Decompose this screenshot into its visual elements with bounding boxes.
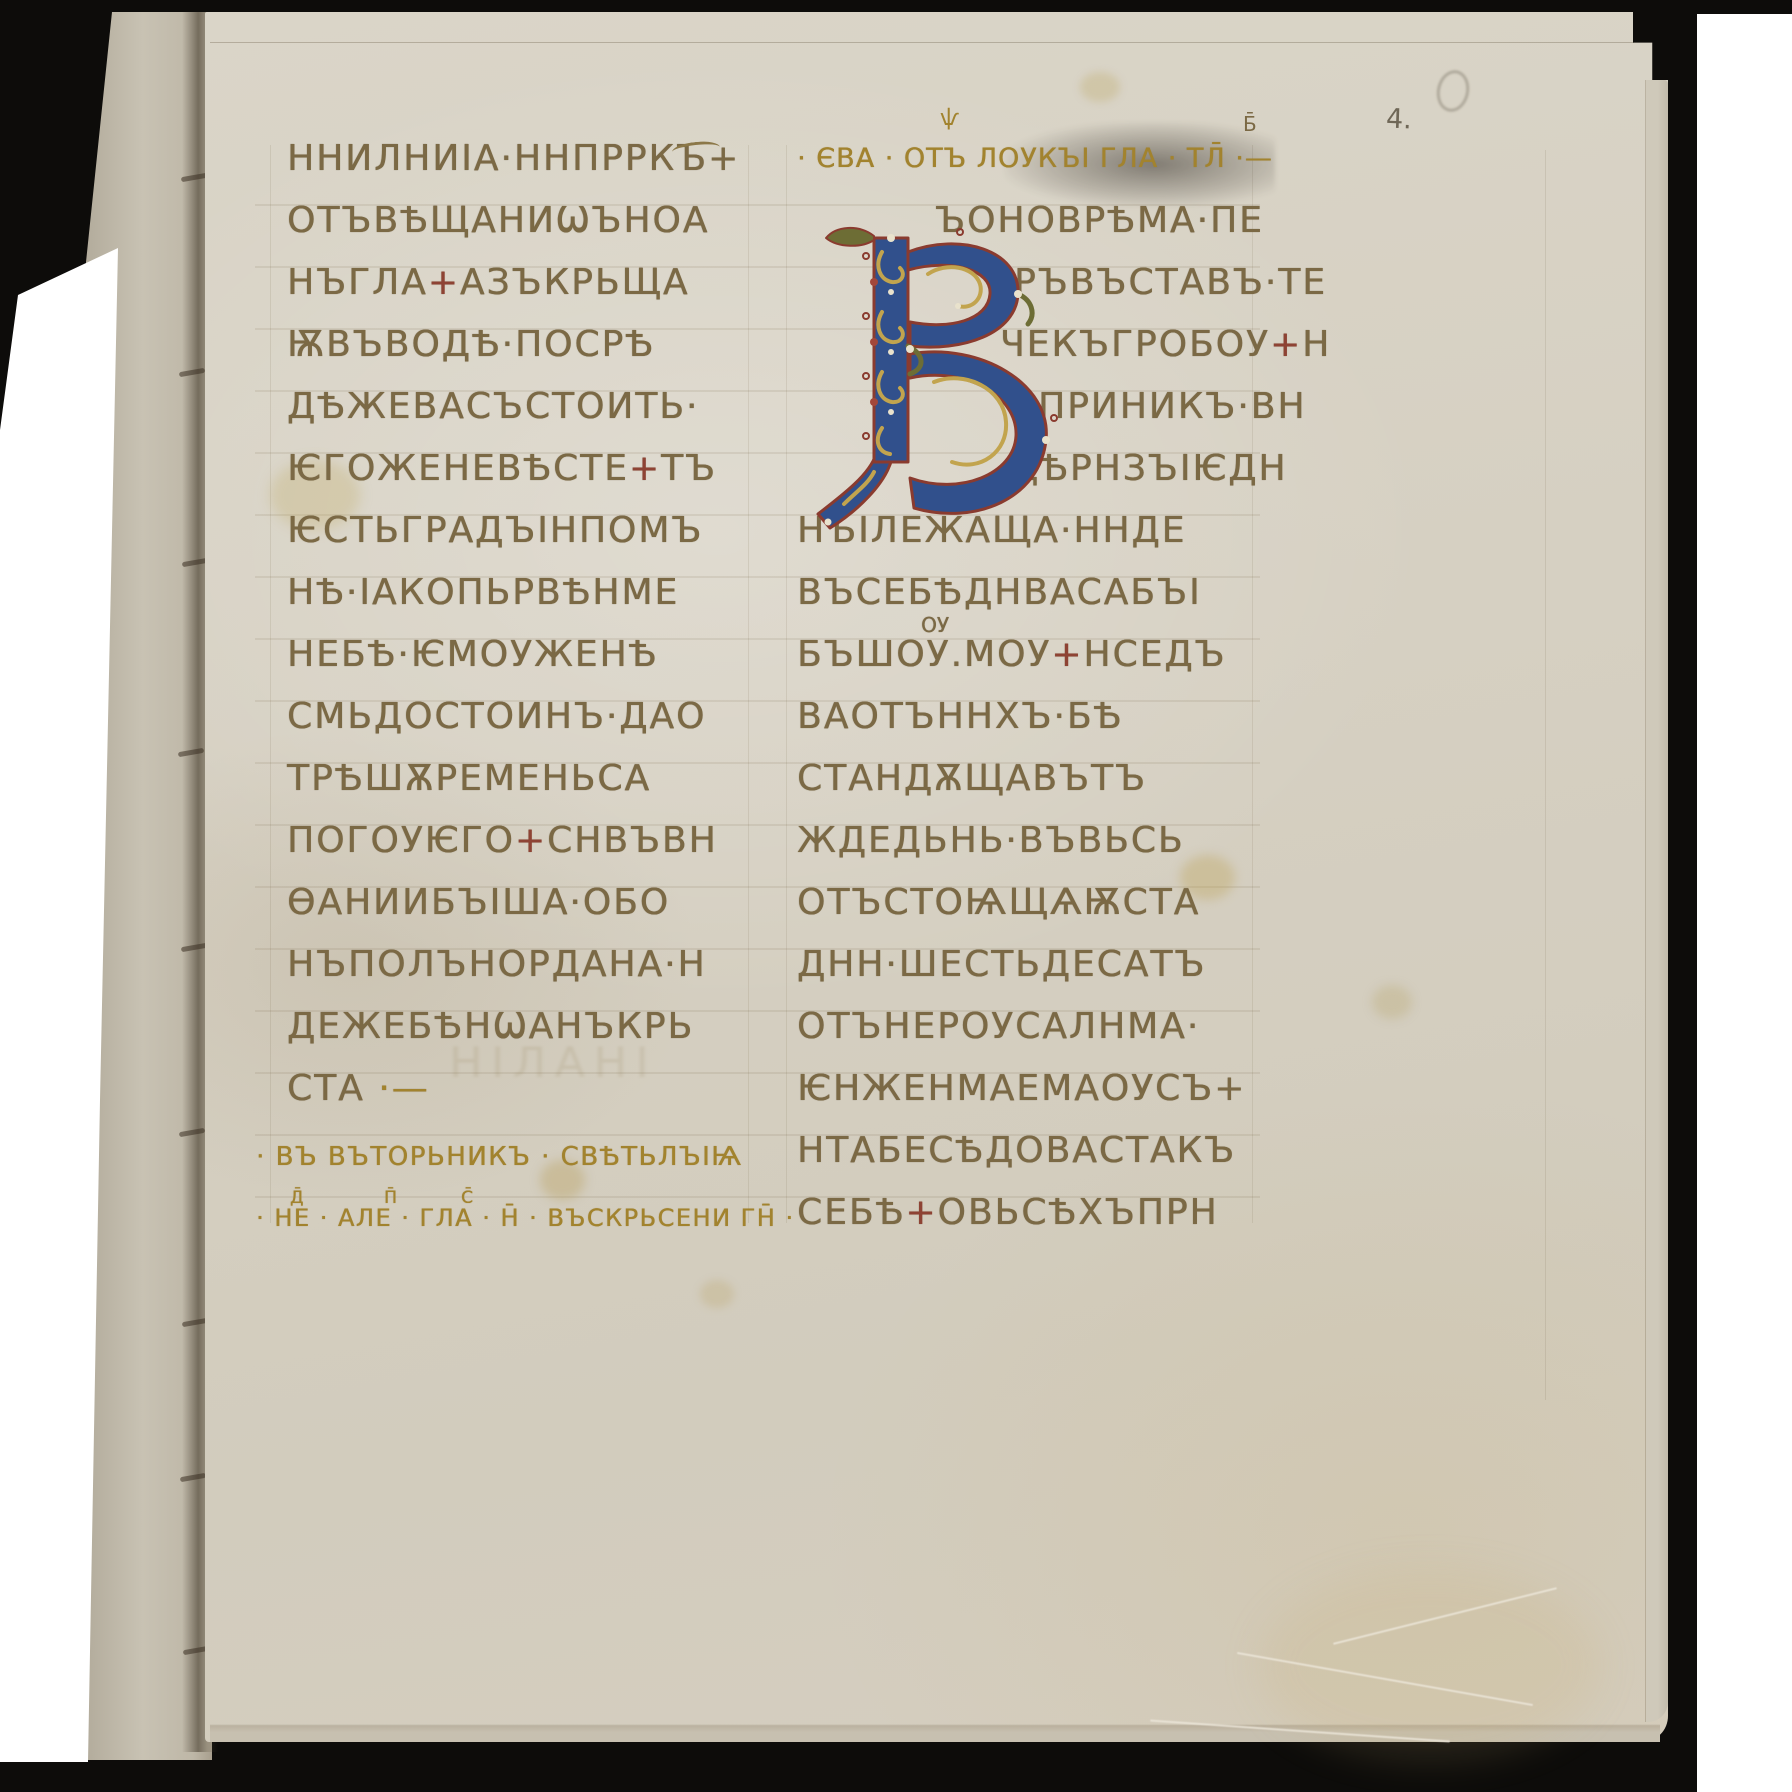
manuscript-line: СЕБѢ+ОВЬСѢХЪПРН bbox=[793, 1182, 1273, 1244]
illuminated-initial-artwork bbox=[808, 222, 1074, 556]
manuscript-line: БЪШОУ.МОУ+НСЕДЪОУ bbox=[793, 624, 1273, 686]
manuscript-line: НЪГЛА+АЗЪКРЬЩА bbox=[283, 252, 763, 314]
manuscript-line: ѬВЪВОДѢ·ПОСРѢ bbox=[283, 314, 763, 376]
manuscript-line: ОТЪНЕРОУСАЛНМА· bbox=[793, 996, 1273, 1058]
manuscript-photo: 4. НІЛАНІ ННИЛНИІА·ННПРРКЪ+ ОТЪВѢЩАНИѠЪН… bbox=[0, 0, 1792, 1792]
manuscript-line: ѲАНИИБЪІША·ОБО bbox=[283, 872, 763, 934]
parchment-stain bbox=[1372, 985, 1412, 1019]
manuscript-line: СТАНДѪЩАВЪТЪ bbox=[793, 748, 1273, 810]
manuscript-line: ВЪСЕБѢДНВАСАБЪІ bbox=[793, 562, 1273, 624]
header-flourish-mark: ѱ bbox=[940, 106, 959, 131]
rubric-line: · ВЪ ВЪТОРЬНИКЪ · СВѢТЬЛЪІѨ bbox=[256, 1142, 743, 1172]
parchment-stain bbox=[1080, 72, 1120, 102]
manuscript-line: ННИЛНИІА·ННПРРКЪ+ bbox=[283, 128, 763, 190]
gold-flourish: ·— bbox=[365, 1068, 430, 1109]
superscript-letter: П̄ bbox=[384, 1188, 397, 1208]
manuscript-line: ОТЪВѢЩАНИѠЪНОА bbox=[283, 190, 763, 252]
line-part: НЪГЛА bbox=[287, 262, 428, 303]
manuscript-line: ДЕЖЕБѢНѠАНЪКРЬ bbox=[283, 996, 763, 1058]
manuscript-line: ВАОТЪННХЪ·БѢ bbox=[793, 686, 1273, 748]
line-part: СТА bbox=[287, 1068, 365, 1109]
manuscript-line: НТАБЕСѢДОВАСТАКЪ bbox=[793, 1120, 1273, 1182]
manuscript-line: ТРѢШѪРЕМЕНЬСА bbox=[283, 748, 763, 810]
manuscript-line: ДНН·ШЕСТЬДЕСАТЪ bbox=[793, 934, 1273, 996]
red-cross: + bbox=[1270, 324, 1302, 365]
page-number: 4. bbox=[1385, 104, 1412, 136]
illuminated-initial bbox=[808, 222, 1074, 556]
scan-white-margin-right bbox=[1697, 14, 1792, 1792]
red-cross: + bbox=[905, 1192, 937, 1233]
line-part: СНВЪВН bbox=[547, 820, 718, 861]
manuscript-line: НЕБѢ·ѤМОУЖЕНѢ bbox=[283, 624, 763, 686]
line-part: НСЕДЪ bbox=[1083, 634, 1226, 675]
manuscript-line: ПОГОУѤГО+СНВЪВН bbox=[283, 810, 763, 872]
manuscript-line: ОТЪСТОѨЩѦѬСТА bbox=[793, 872, 1273, 934]
line-part: Н bbox=[1302, 324, 1331, 365]
line-part: ТЪ bbox=[661, 448, 717, 489]
manuscript-line: НЪПОЛЪНОРДАНА·Н bbox=[283, 934, 763, 996]
manuscript-line: ДѢЖЕВАСЪСТОИТЬ· bbox=[283, 376, 763, 438]
red-cross: + bbox=[428, 262, 460, 303]
gospel-header-rubric: · ЄВА · ОТЪ ЛОУКЪІ ГЛА · ТЛ̄ ·— bbox=[793, 128, 1273, 190]
line-part: АЗЪКРЬЩА bbox=[460, 262, 690, 303]
red-cross: + bbox=[1051, 634, 1083, 675]
line-part: ПОГОУѤГО bbox=[287, 820, 515, 861]
parchment-stain bbox=[700, 1280, 734, 1308]
line-part: ОВЬСѢХЪПРН bbox=[938, 1192, 1219, 1233]
ruling-vertical bbox=[270, 145, 271, 1223]
manuscript-line: НѢ·ІАКОПЬРВѢНМЕ bbox=[283, 562, 763, 624]
rubric-text: · НЕ · АЛЕ · ГЛА · Н̄ · ВЪСКРЬСЕНИ ГН̄ · bbox=[256, 1204, 794, 1232]
superscript-ou: ОУ bbox=[921, 594, 949, 656]
header-titlo-letter: Б̄ bbox=[1243, 112, 1257, 136]
manuscript-line: ѤСТЬГРАДЪІНПОМЪ bbox=[283, 500, 763, 562]
manuscript-line: ѤНЖЕНМАЕМАОУСЪ+ bbox=[793, 1058, 1273, 1120]
superscript-letter: С̄ bbox=[461, 1188, 473, 1208]
red-cross: + bbox=[629, 448, 661, 489]
page-fore-edge bbox=[1645, 80, 1668, 1722]
rubric-line: · НЕ · АЛЕ · ГЛА · Н̄ · ВЪСКРЬСЕНИ ГН̄ ·… bbox=[256, 1204, 794, 1232]
manuscript-line: ѤГОЖЕНЕВѢСТЕ+ТЪ bbox=[283, 438, 763, 500]
manuscript-line: ЖДЕДЬНЬ·ВЪВЬСЬ bbox=[793, 810, 1273, 872]
under-page-edge-line bbox=[210, 42, 1634, 43]
ruling-vertical bbox=[786, 145, 787, 1223]
manuscript-line: СТА ·— bbox=[283, 1058, 763, 1120]
superscript-letter: Д̄ bbox=[290, 1188, 303, 1208]
red-cross: + bbox=[515, 820, 547, 861]
line-part: ѤГОЖЕНЕВѢСТЕ bbox=[287, 448, 629, 489]
photo-black-top-band bbox=[1697, 0, 1792, 14]
left-text-column: ННИЛНИІА·ННПРРКЪ+ ОТЪВѢЩАНИѠЪНОА НЪГЛА+А… bbox=[283, 128, 763, 1120]
manuscript-line: СМЬДОСТОИНЪ·ДАО bbox=[283, 686, 763, 748]
line-part: СЕБѢ bbox=[797, 1192, 905, 1233]
parchment-crease bbox=[1545, 150, 1546, 1400]
